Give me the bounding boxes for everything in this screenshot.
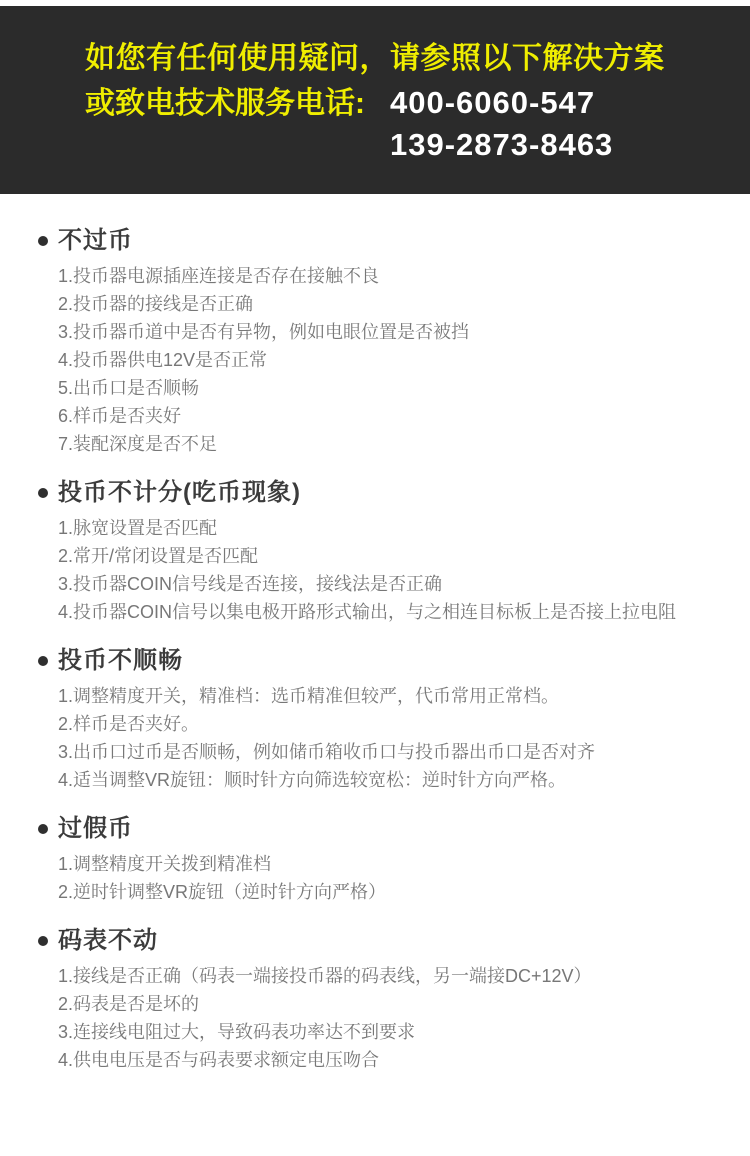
troubleshoot-item: 1.调整精度开关拨到精准档 [58, 850, 722, 878]
troubleshoot-item: 3.投币器币道中是否有异物，例如电眼位置是否被挡 [58, 318, 722, 346]
section-title: 投币不计分(吃币现象) [58, 478, 301, 508]
section-header: 投币不顺畅 [38, 646, 722, 676]
troubleshoot-item: 7.装配深度是否不足 [58, 430, 722, 458]
section-title: 过假币 [58, 814, 133, 844]
troubleshoot-item: 2.逆时针调整VR旋钮（逆时针方向严格） [58, 878, 722, 906]
troubleshoot-item: 4.投币器COIN信号以集电极开路形式输出，与之相连目标板上是否接上拉电阻 [58, 598, 722, 626]
faq-page: 如您有任何使用疑问，请参照以下解决方案 或致电技术服务电话: 400-6060-… [0, 0, 750, 1156]
section-title: 投币不顺畅 [58, 646, 183, 676]
section-item-list: 1.脉宽设置是否匹配 2.常开/常闭设置是否匹配 3.投币器COIN信号线是否连… [58, 514, 722, 626]
support-header-text: 如您有任何使用疑问，请参照以下解决方案 [85, 36, 750, 82]
troubleshoot-item: 3.投币器COIN信号线是否连接，接线法是否正确 [58, 570, 722, 598]
section-item-list: 1.投币器电源插座连接是否存在接触不良 2.投币器的接线是否正确 3.投币器币道… [58, 262, 722, 458]
section-header: 过假币 [38, 814, 722, 844]
section-header: 投币不计分(吃币现象) [38, 478, 722, 508]
section-item-list: 1.调整精度开关，精准档：选币精准但较严，代币常用正常档。 2.样币是否夹好。 … [58, 682, 722, 794]
section-item-list: 1.调整精度开关拨到精准档 2.逆时针调整VR旋钮（逆时针方向严格） [58, 850, 722, 906]
bullet-icon [38, 656, 48, 666]
support-phone-row: 或致电技术服务电话: 400-6060-547 [85, 82, 750, 125]
bullet-icon [38, 824, 48, 834]
section-header: 码表不动 [38, 926, 722, 956]
troubleshoot-item: 5.出币口是否顺畅 [58, 374, 722, 402]
troubleshoot-item: 2.投币器的接线是否正确 [58, 290, 722, 318]
troubleshoot-item: 4.供电电压是否与码表要求额定电压吻合 [58, 1046, 722, 1074]
troubleshoot-item: 3.连接线电阻过大，导致码表功率达不到要求 [58, 1018, 722, 1046]
troubleshoot-item: 3.出币口过币是否顺畅，例如储币箱收币口与投币器出币口是否对齐 [58, 738, 722, 766]
troubleshoot-item: 2.码表是否是坏的 [58, 990, 722, 1018]
bullet-icon [38, 936, 48, 946]
section-item-list: 1.接线是否正确（码表一端接投币器的码表线，另一端接DC+12V） 2.码表是否… [58, 962, 722, 1074]
bullet-icon [38, 488, 48, 498]
troubleshoot-item: 1.接线是否正确（码表一端接投币器的码表线，另一端接DC+12V） [58, 962, 722, 990]
section-coin-insert-not-smooth: 投币不顺畅 1.调整精度开关，精准档：选币精准但较严，代币常用正常档。 2.样币… [38, 646, 722, 794]
troubleshoot-item: 1.脉宽设置是否匹配 [58, 514, 722, 542]
troubleshooting-content: 不过币 1.投币器电源插座连接是否存在接触不良 2.投币器的接线是否正确 3.投… [0, 194, 750, 1074]
troubleshoot-item: 2.常开/常闭设置是否匹配 [58, 542, 722, 570]
section-title: 不过币 [58, 226, 133, 256]
phone-number-secondary: 139-2873-8463 [390, 125, 750, 165]
bullet-icon [38, 236, 48, 246]
phone-label: 或致电技术服务电话: [85, 83, 390, 125]
section-coin-not-counted: 投币不计分(吃币现象) 1.脉宽设置是否匹配 2.常开/常闭设置是否匹配 3.投… [38, 478, 722, 626]
troubleshoot-item: 2.样币是否夹好。 [58, 710, 722, 738]
troubleshoot-item: 4.适当调整VR旋钮：顺时针方向筛选较宽松：逆时针方向严格。 [58, 766, 722, 794]
section-meter-not-moving: 码表不动 1.接线是否正确（码表一端接投币器的码表线，另一端接DC+12V） 2… [38, 926, 722, 1074]
troubleshoot-item: 4.投币器供电12V是否正常 [58, 346, 722, 374]
section-title: 码表不动 [58, 926, 158, 956]
support-header-banner: 如您有任何使用疑问，请参照以下解决方案 或致电技术服务电话: 400-6060-… [0, 6, 750, 194]
section-header: 不过币 [38, 226, 722, 256]
phone-number-primary: 400-6060-547 [390, 82, 595, 124]
section-coin-not-passing: 不过币 1.投币器电源插座连接是否存在接触不良 2.投币器的接线是否正确 3.投… [38, 226, 722, 458]
section-fake-coin-accepted: 过假币 1.调整精度开关拨到精准档 2.逆时针调整VR旋钮（逆时针方向严格） [38, 814, 722, 906]
troubleshoot-item: 1.投币器电源插座连接是否存在接触不良 [58, 262, 722, 290]
troubleshoot-item: 1.调整精度开关，精准档：选币精准但较严，代币常用正常档。 [58, 682, 722, 710]
troubleshoot-item: 6.样币是否夹好 [58, 402, 722, 430]
